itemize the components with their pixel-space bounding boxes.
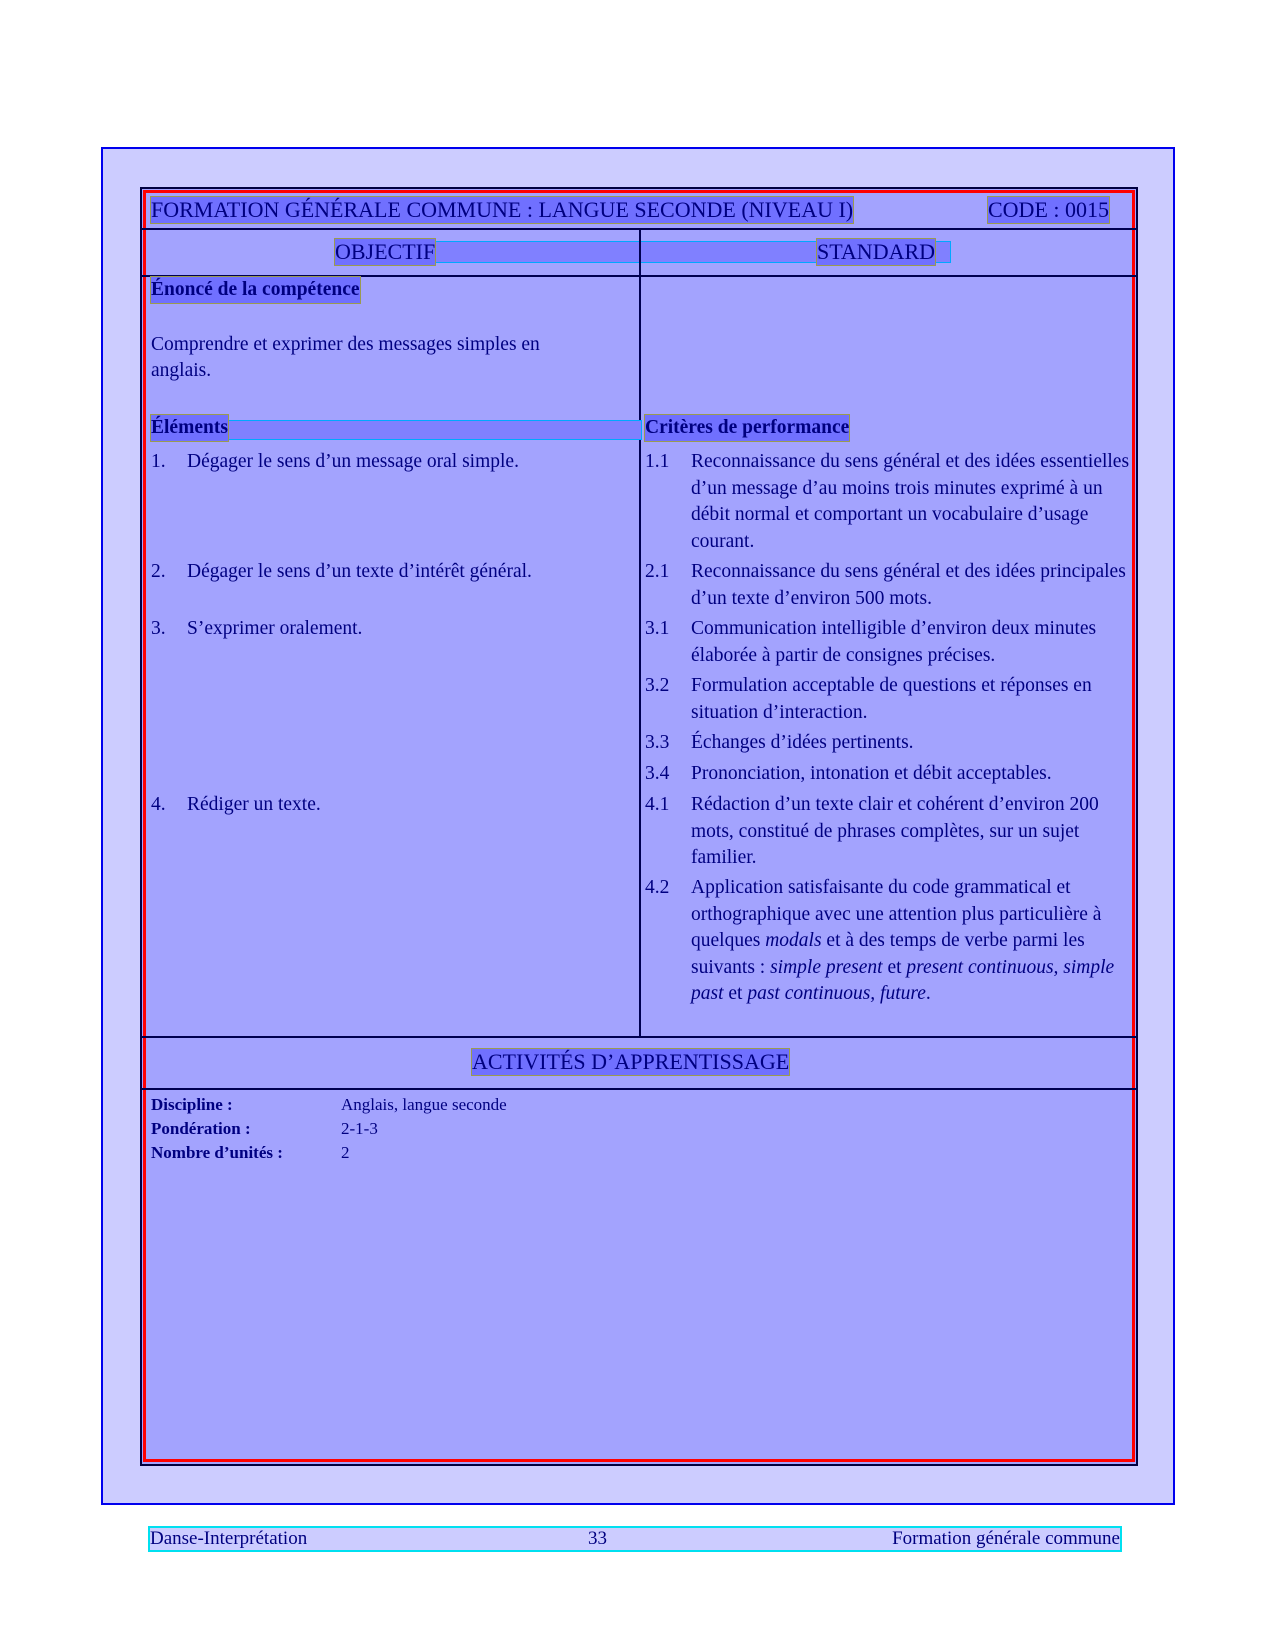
element-item: 2.Dégager le sens d’un texte d’intérêt g… xyxy=(151,559,532,585)
criterion-rich-text: Application satisfaisante du code gramma… xyxy=(691,875,1131,1008)
column-header-standard: STANDARD xyxy=(817,239,935,265)
element-item: 4.Rédiger un texte. xyxy=(151,792,321,818)
column-header-objectif: OBJECTIF xyxy=(335,239,435,265)
footer-left: Danse-Interprétation xyxy=(150,1528,307,1550)
divider xyxy=(142,1036,1136,1038)
divider xyxy=(142,1088,1136,1090)
page-footer: Danse-Interprétation 33 Formation généra… xyxy=(150,1528,1120,1550)
elements-heading: Éléments xyxy=(151,415,228,441)
column-divider xyxy=(639,229,641,1037)
info-row-discipline: Discipline :Anglais, langue seconde xyxy=(151,1093,507,1116)
page-number: 33 xyxy=(588,1528,607,1550)
competence-text: Comprendre et exprimer des messages simp… xyxy=(151,332,596,384)
info-row-ponderation: Pondération :2-1-3 xyxy=(151,1117,378,1140)
footer-right: Formation générale commune xyxy=(892,1528,1120,1550)
element-item: 1.Dégager le sens d’un message oral simp… xyxy=(151,449,519,475)
info-row-unites: Nombre d’unités :2 xyxy=(151,1141,350,1164)
course-code: CODE : 0015 xyxy=(988,197,1109,223)
element-item: 3.S’exprimer oralement. xyxy=(151,616,362,642)
table-title: FORMATION GÉNÉRALE COMMUNE : LANGUE SECO… xyxy=(151,197,853,223)
activities-heading: ACTIVITÉS D’APPRENTISSAGE xyxy=(472,1049,789,1075)
criteria-heading: Critères de performance xyxy=(645,415,849,441)
competence-heading: Énoncé de la compétence xyxy=(151,277,360,303)
